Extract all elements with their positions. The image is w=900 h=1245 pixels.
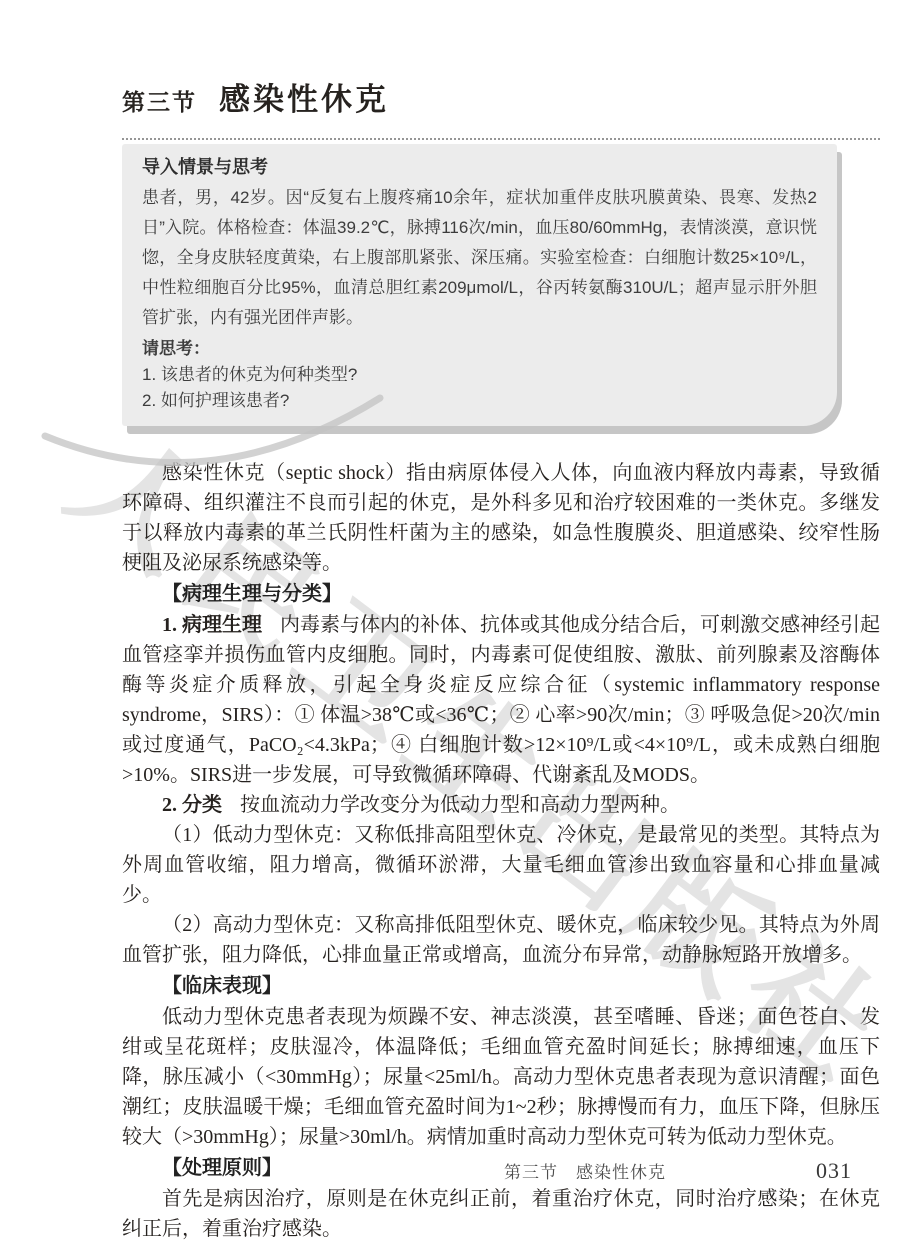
dotted-divider (122, 138, 880, 140)
case-question-2: 2. 如何护理该患者? (142, 388, 817, 414)
main-body: 感染性休克（septic shock）指由病原体侵入人体，向血液内释放内毒素，导… (122, 458, 880, 1244)
chapter-title-row: 第三节 感染性休克 (122, 74, 880, 119)
intro-paragraph: 感染性休克（septic shock）指由病原体侵入人体，向血液内释放内毒素，导… (122, 458, 880, 578)
classification-paragraph: 2. 分类按血流动力学改变分为低动力型和高动力型两种。 (122, 790, 880, 820)
management-paragraph: 首先是病因治疗，原则是在休克纠正前，着重治疗休克，同时治疗感染；在休克纠正后，着… (122, 1184, 880, 1244)
paragraph-text-2: 按血流动力学改变分为低动力型和高动力型两种。 (240, 794, 680, 816)
page-footer: 第三节 感染性休克 031 (122, 1158, 880, 1184)
case-study-box: 导入情景与思考 患者，男，42岁。因“反复右上腹疼痛10余年，症状加重伴皮肤巩膜… (122, 144, 837, 426)
page-title: 感染性休克 (219, 74, 389, 119)
paragraph-lead-1: 1. 病理生理 (162, 614, 262, 636)
case-box-body: 患者，男，42岁。因“反复右上腹疼痛10余年，症状加重伴皮肤巩膜黄染、畏寒、发热… (142, 183, 817, 333)
pathophysiology-paragraph: 1. 病理生理内毒素与体内的补体、抗体或其他成分结合后，可刺激交感神经引起血管痉… (122, 610, 880, 790)
clinical-paragraph: 低动力型休克患者表现为烦躁不安、神志淡漠，甚至嗜睡、昏迷；面色苍白、发绀或呈花斑… (122, 1002, 880, 1152)
case-box-heading: 导入情景与思考 (142, 154, 817, 180)
footer-section-title: 第三节 感染性休克 (504, 1158, 666, 1183)
high-dynamic-paragraph: （2）高动力型休克：又称高排低阻型休克、暖休克，临床较少见。其特点为外周血管扩张… (122, 910, 880, 970)
case-box-prompt: 请思考： (142, 336, 817, 362)
case-question-1: 1. 该患者的休克为何种类型? (142, 362, 817, 388)
paragraph-text-1: 内毒素与体内的补体、抗体或其他成分结合后，可刺激交感神经引起血管痉挛并损伤血管内… (122, 614, 880, 786)
section-number: 第三节 (122, 84, 197, 117)
paragraph-lead-2: 2. 分类 (162, 794, 222, 816)
low-dynamic-paragraph: （1）低动力型休克：又称低排高阻型休克、冷休克，是最常见的类型。其特点为外周血管… (122, 820, 880, 910)
section-title-pathophysiology: 【病理生理与分类】 (122, 579, 880, 609)
footer-page-number: 031 (816, 1158, 852, 1184)
section-title-clinical: 【临床表现】 (122, 971, 880, 1001)
textbook-page: 人民卫生出版社 第三节 感染性休克 导入情景与思考 患者，男，42岁。因“反复右… (0, 0, 900, 1245)
page-content: 第三节 感染性休克 导入情景与思考 患者，男，42岁。因“反复右上腹疼痛10余年… (122, 0, 880, 1244)
